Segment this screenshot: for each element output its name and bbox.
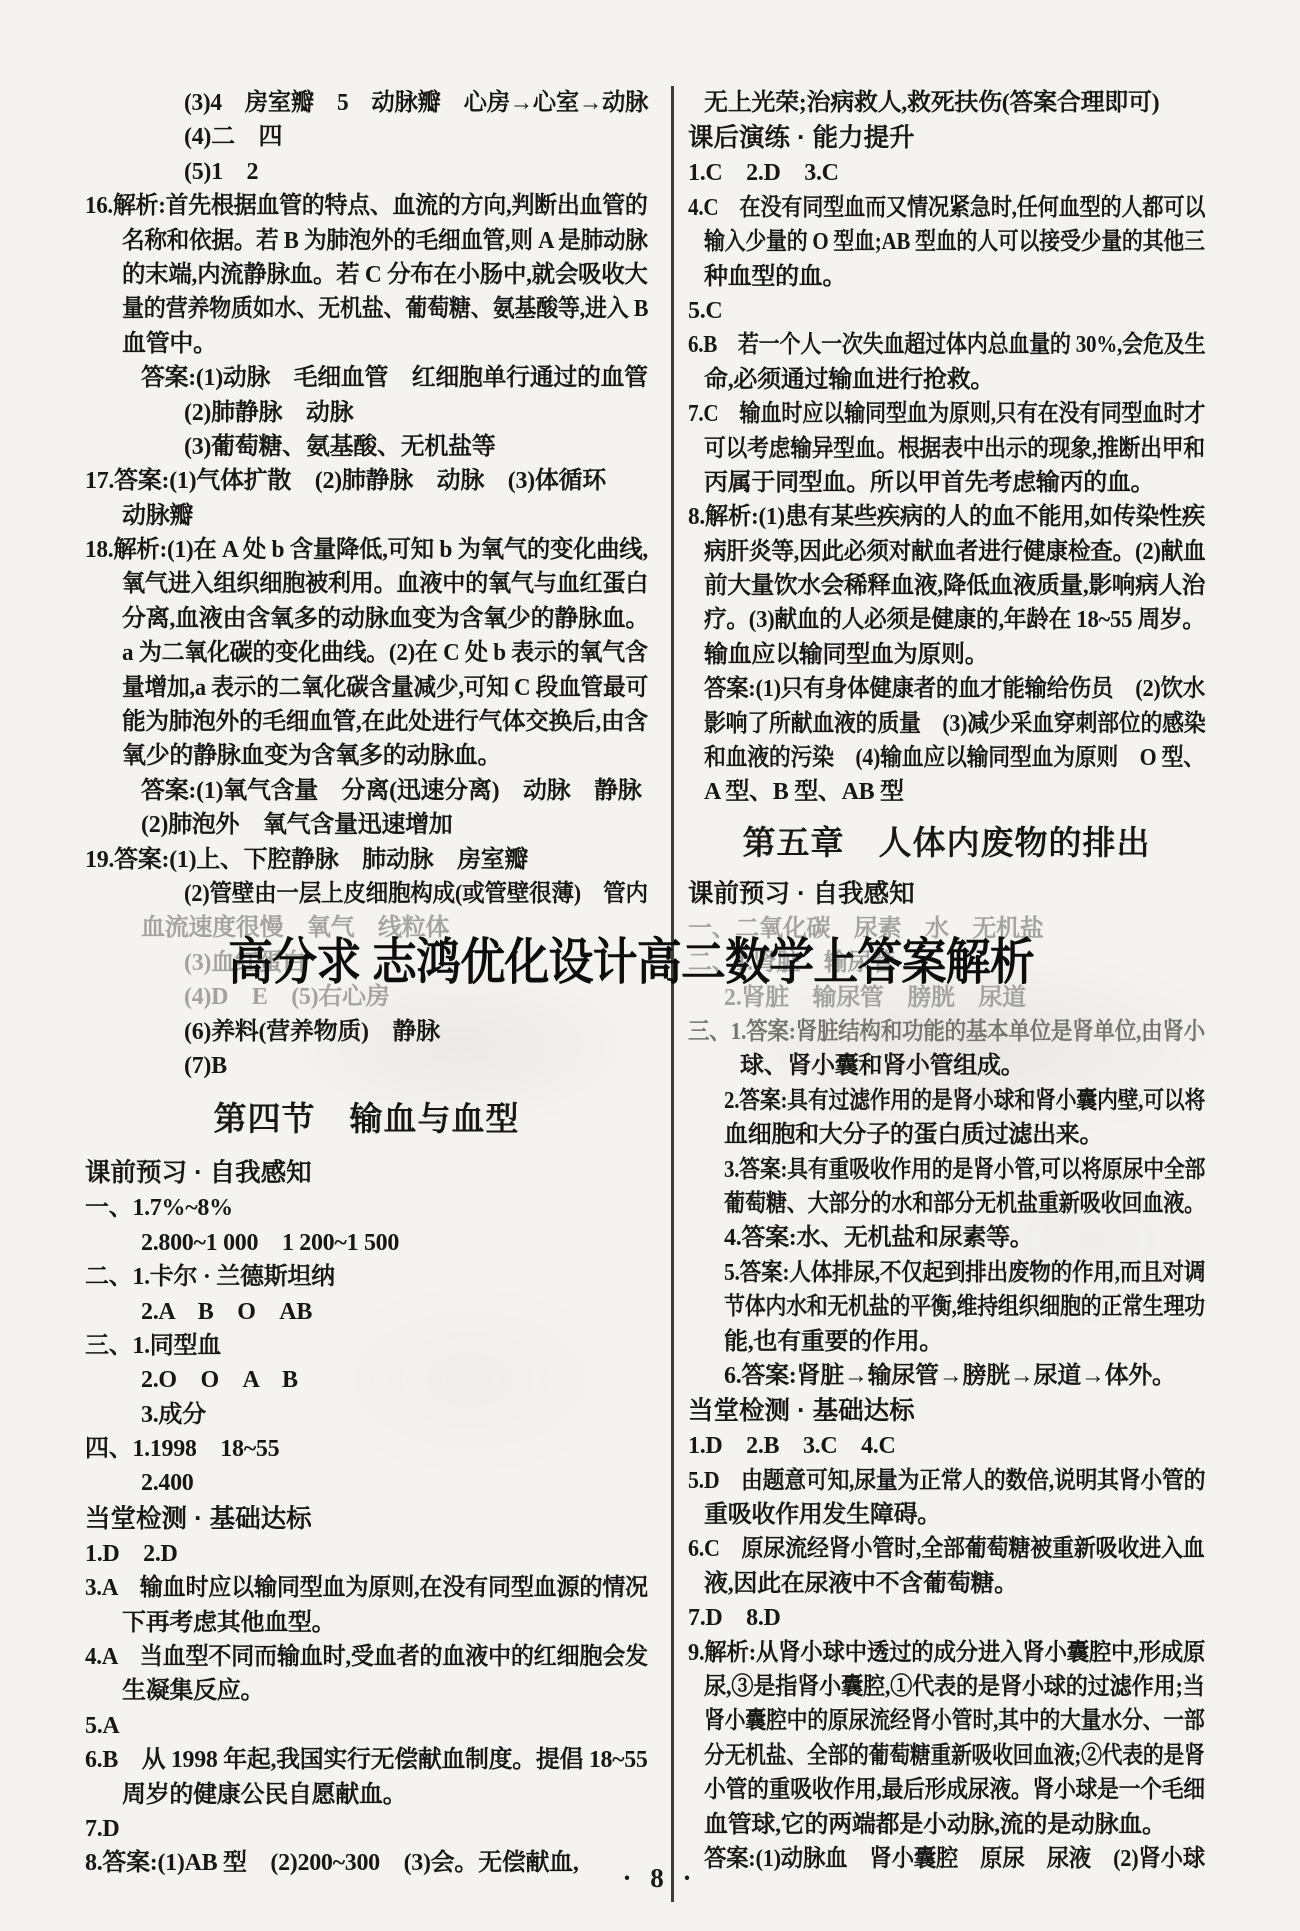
text-line: 6.答案:肾脏→输尿管→膀胱→尿道→体外。: [724, 1359, 1205, 1393]
text-line: A 型、B 型、AB 型: [704, 775, 1205, 809]
text-line: 2.答案:具有过滤作用的是肾小球和肾小囊内壁,可以将: [724, 1084, 1143, 1118]
text-line: 17.答案:(1)气体扩散 (2)肺静脉 动脉 (3)体循环: [85, 464, 648, 498]
text-line: (3)4 房室瓣 5 动脉瓣 心房→心室→动脉: [184, 86, 635, 120]
section-label: 课前预习 · 自我感知: [85, 1155, 648, 1191]
text-line: 5.D 由题意可知,尿量为正常人的数倍,说明其肾小管的: [688, 1464, 1159, 1498]
text-line: 二、1.卡尔 · 兰德斯坦纳: [85, 1260, 648, 1294]
section-label: 当堂检测 · 基础达标: [85, 1501, 648, 1537]
text-line: 2.400: [141, 1466, 648, 1500]
text-line: 答案:(1)动脉 毛细血管 红细胞单行通过的血管: [141, 361, 646, 395]
text-line: 7.C 输血时应以输同型血为原则,只有在没有同型血时才: [688, 397, 1145, 431]
text-line: 5.A: [85, 1709, 648, 1743]
text-line: 6.B 从 1998 年起,我国实行无偿献血制度。提倡 18~55: [85, 1743, 646, 1777]
text-line: 和血液的污染 (4)输血应以输同型血为原则 O 型、: [704, 741, 1161, 775]
text-line: 1.D 2.D: [85, 1537, 648, 1571]
text-line: 7.D 8.D: [688, 1601, 1205, 1635]
text-line: 疗。(3)献血的人必须是健康的,年龄在 18~55 周岁。: [704, 603, 1178, 637]
text-line: (2)管壁由一层上皮细胞构成(或管壁很薄) 管内: [184, 877, 621, 911]
text-line: 周岁的健康公民自愿献血。: [122, 1778, 648, 1812]
section-label: 当堂检测 · 基础达标: [688, 1393, 1205, 1429]
text-line: 生凝集反应。: [122, 1674, 648, 1708]
text-line: 四、1.1998 18~55: [85, 1432, 648, 1466]
text-line: 能,也有重要的作用。: [724, 1325, 1205, 1359]
text-line: 1.C 2.D 3.C: [688, 156, 1205, 190]
text-line: 3.A 输血时应以输同型血为原则,在没有同型血源的情况: [85, 1571, 628, 1605]
column-divider: [671, 86, 674, 1902]
text-line: 液,因此在尿液中不含葡萄糖。: [704, 1567, 1205, 1601]
text-line: 6.C 原尿流经肾小管时,全部葡萄糖被重新吸收进入血: [688, 1532, 1164, 1566]
text-line: (7)B: [184, 1049, 648, 1083]
text-line: 答案:(1)氧气含量 分离(迅速分离) 动脉 静脉: [141, 774, 648, 808]
text-line: 3.成分: [141, 1398, 648, 1432]
text-line: 名称和依据。若 B 为肺泡外的毛细血管,则 A 是肺动脉: [122, 224, 618, 258]
text-line: 影响了所献血液的质量 (3)减少采血穿刺部位的感染: [704, 707, 1162, 741]
text-line: 量增加,a 表示的二氧化碳含量减少,可知 C 段血管最可: [122, 671, 621, 705]
text-line: 输血应以输同型血为原则。: [704, 638, 1205, 672]
text-line: 葡萄糖、大部分的水和部分无机盐重新吸收回血液。: [724, 1187, 1149, 1221]
text-line: 2.A B O AB: [141, 1295, 648, 1329]
text-line: 1.D 2.B 3.C 4.C: [688, 1429, 1205, 1463]
text-line: 分无机盐、全部的葡萄糖重新吸收回血液;②代表的是肾: [704, 1739, 1139, 1773]
text-line: 分离,血液由含氧多的动脉血变为含氧少的静脉血。: [122, 602, 648, 636]
text-line: (5)1 2: [184, 155, 648, 189]
text-line: 5.C: [688, 294, 1205, 328]
text-line: (3)葡萄糖、氨基酸、无机盐等: [184, 430, 648, 464]
text-line: 2.O O A B: [141, 1363, 648, 1397]
page-number: · 8 ·: [0, 1863, 1300, 1894]
section-heading: 第五章 人体内废物的排出: [688, 810, 1205, 876]
text-line: 动脉瓣: [122, 499, 648, 533]
text-line: 种血型的血。: [704, 260, 1205, 294]
text-line: 18.解析:(1)在 A 处 b 含量降低,可知 b 为氧气的变化曲线,: [85, 533, 633, 567]
text-line: 尿,③是指肾小囊腔,①代表的是肾小球的过滤作用;当: [704, 1670, 1168, 1704]
text-line: (2)肺静脉 动脉: [184, 396, 648, 430]
text-line: 小管的重吸收作用,最后形成尿液。肾小球是一个毛细: [704, 1773, 1160, 1807]
text-line: 输入少量的 O 型血;AB 型血的人可以接受少量的其他三: [704, 225, 1141, 259]
text-line: 三、1.答案:肾脏结构和功能的基本单位是肾单位,由肾小: [688, 1015, 1152, 1049]
text-line: 答案:(1)只有身体健康者的血才能输给伤员 (2)饮水: [704, 672, 1172, 706]
text-line: 前大量饮水会稀释血液,降低血液质量,影响病人治: [704, 569, 1197, 603]
text-line: 可以考虑输异型血。根据表中出示的现象,推断出甲和: [704, 432, 1160, 466]
text-line: 血管球,它的两端都是小动脉,流的是动脉血。: [704, 1808, 1205, 1842]
text-line: (4)二 四: [184, 120, 648, 154]
text-line: 命,必须通过输血进行抢救。: [704, 363, 1205, 397]
text-line: 三、1.同型血: [85, 1329, 648, 1363]
text-line: 7.D: [85, 1812, 648, 1846]
text-line: 9.解析:从肾小球中透过的成分进入肾小囊腔中,形成原: [688, 1636, 1172, 1670]
section-label: 课后演练 · 能力提升: [688, 120, 1205, 156]
text-line: (6)养料(营养物质) 静脉: [184, 1015, 648, 1049]
text-line: 8.解析:(1)患有某些疾病的人的血不能用,如传染性疾: [688, 500, 1190, 534]
text-line: 重吸收作用发生障碍。: [704, 1498, 1205, 1532]
text-line: 16.解析:首先根据血管的特点、血流的方向,判断出血管的: [85, 189, 624, 223]
text-line: 丙属于同型血。所以甲首先考虑输丙的血。: [704, 466, 1205, 500]
text-line: 肾小囊腔中的原尿流经肾小管时,其中的大量水分、一部: [704, 1704, 1141, 1738]
text-line: 球、肾小囊和肾小管组成。: [740, 1049, 1205, 1083]
text-line: 无上光荣;治病救人,救死扶伤(答案合理即可): [704, 86, 1205, 120]
text-line: a 为二氧化碳的变化曲线。(2)在 C 处 b 表示的氧气含: [122, 636, 627, 670]
text-line: 病肝炎等,因此必须对献血者进行健康检查。(2)献血: [704, 535, 1178, 569]
text-line: 4.答案:水、无机盐和尿素等。: [724, 1221, 1205, 1255]
text-line: (2)肺泡外 氧气含量迅速增加: [141, 808, 648, 842]
text-line: 4.C 在没有同型血而又情况紧急时,任何血型的人都可以: [688, 191, 1145, 225]
text-line: 一、1.7%~8%: [85, 1191, 648, 1225]
watermark-text: 高分求 志鸿优化设计高二数学上答案解析: [228, 934, 954, 990]
text-line: 19.答案:(1)上、下腔静脉 肺动脉 房室瓣: [85, 843, 648, 877]
text-line: 的末端,内流静脉血。若 C 分布在小肠中,就会吸收大: [122, 258, 636, 292]
section-label: 课前预习 · 自我感知: [688, 876, 1205, 912]
text-line: 4.A 当血型不同而输血时,受血者的血液中的红细胞会发: [85, 1640, 628, 1674]
text-line: 氧少的静脉血变为含氧多的动脉血。: [122, 739, 648, 773]
text-line: 下再考虑其他血型。: [122, 1606, 648, 1640]
section-heading: 第四节 输血与血型: [85, 1083, 648, 1155]
scanned-answer-page: (3)4 房室瓣 5 动脉瓣 心房→心室→动脉(4)二 四(5)1 216.解析…: [0, 0, 1300, 1931]
text-line: 血细胞和大分子的蛋白质过滤出来。: [724, 1118, 1205, 1152]
text-line: 6.B 若一个人一次失血超过体内总血量的 30%,会危及生: [688, 328, 1142, 362]
watermark: 高分求 志鸿优化设计高二数学上答案解析: [228, 934, 1034, 990]
text-line: 血管中。: [122, 327, 648, 361]
text-line: 量的营养物质如水、无机盐、葡萄糖、氨基酸等,进入 B: [122, 292, 606, 326]
text-line: 能为肺泡外的毛细血管,在此处进行气体交换后,由含: [122, 705, 641, 739]
text-line: 3.答案:具有重吸收作用的是肾小管,可以将原尿中全部: [724, 1153, 1143, 1187]
text-line: 氧气进入组织细胞被利用。血液中的氧气与血红蛋白: [122, 567, 630, 601]
text-line: 节体内水和无机盐的平衡,维持组织细胞的正常生理功: [724, 1290, 1144, 1324]
text-line: 2.800~1 000 1 200~1 500: [141, 1226, 648, 1260]
text-line: 5.答案:人体排尿,不仅起到排出废物的作用,而且对调: [724, 1256, 1157, 1290]
